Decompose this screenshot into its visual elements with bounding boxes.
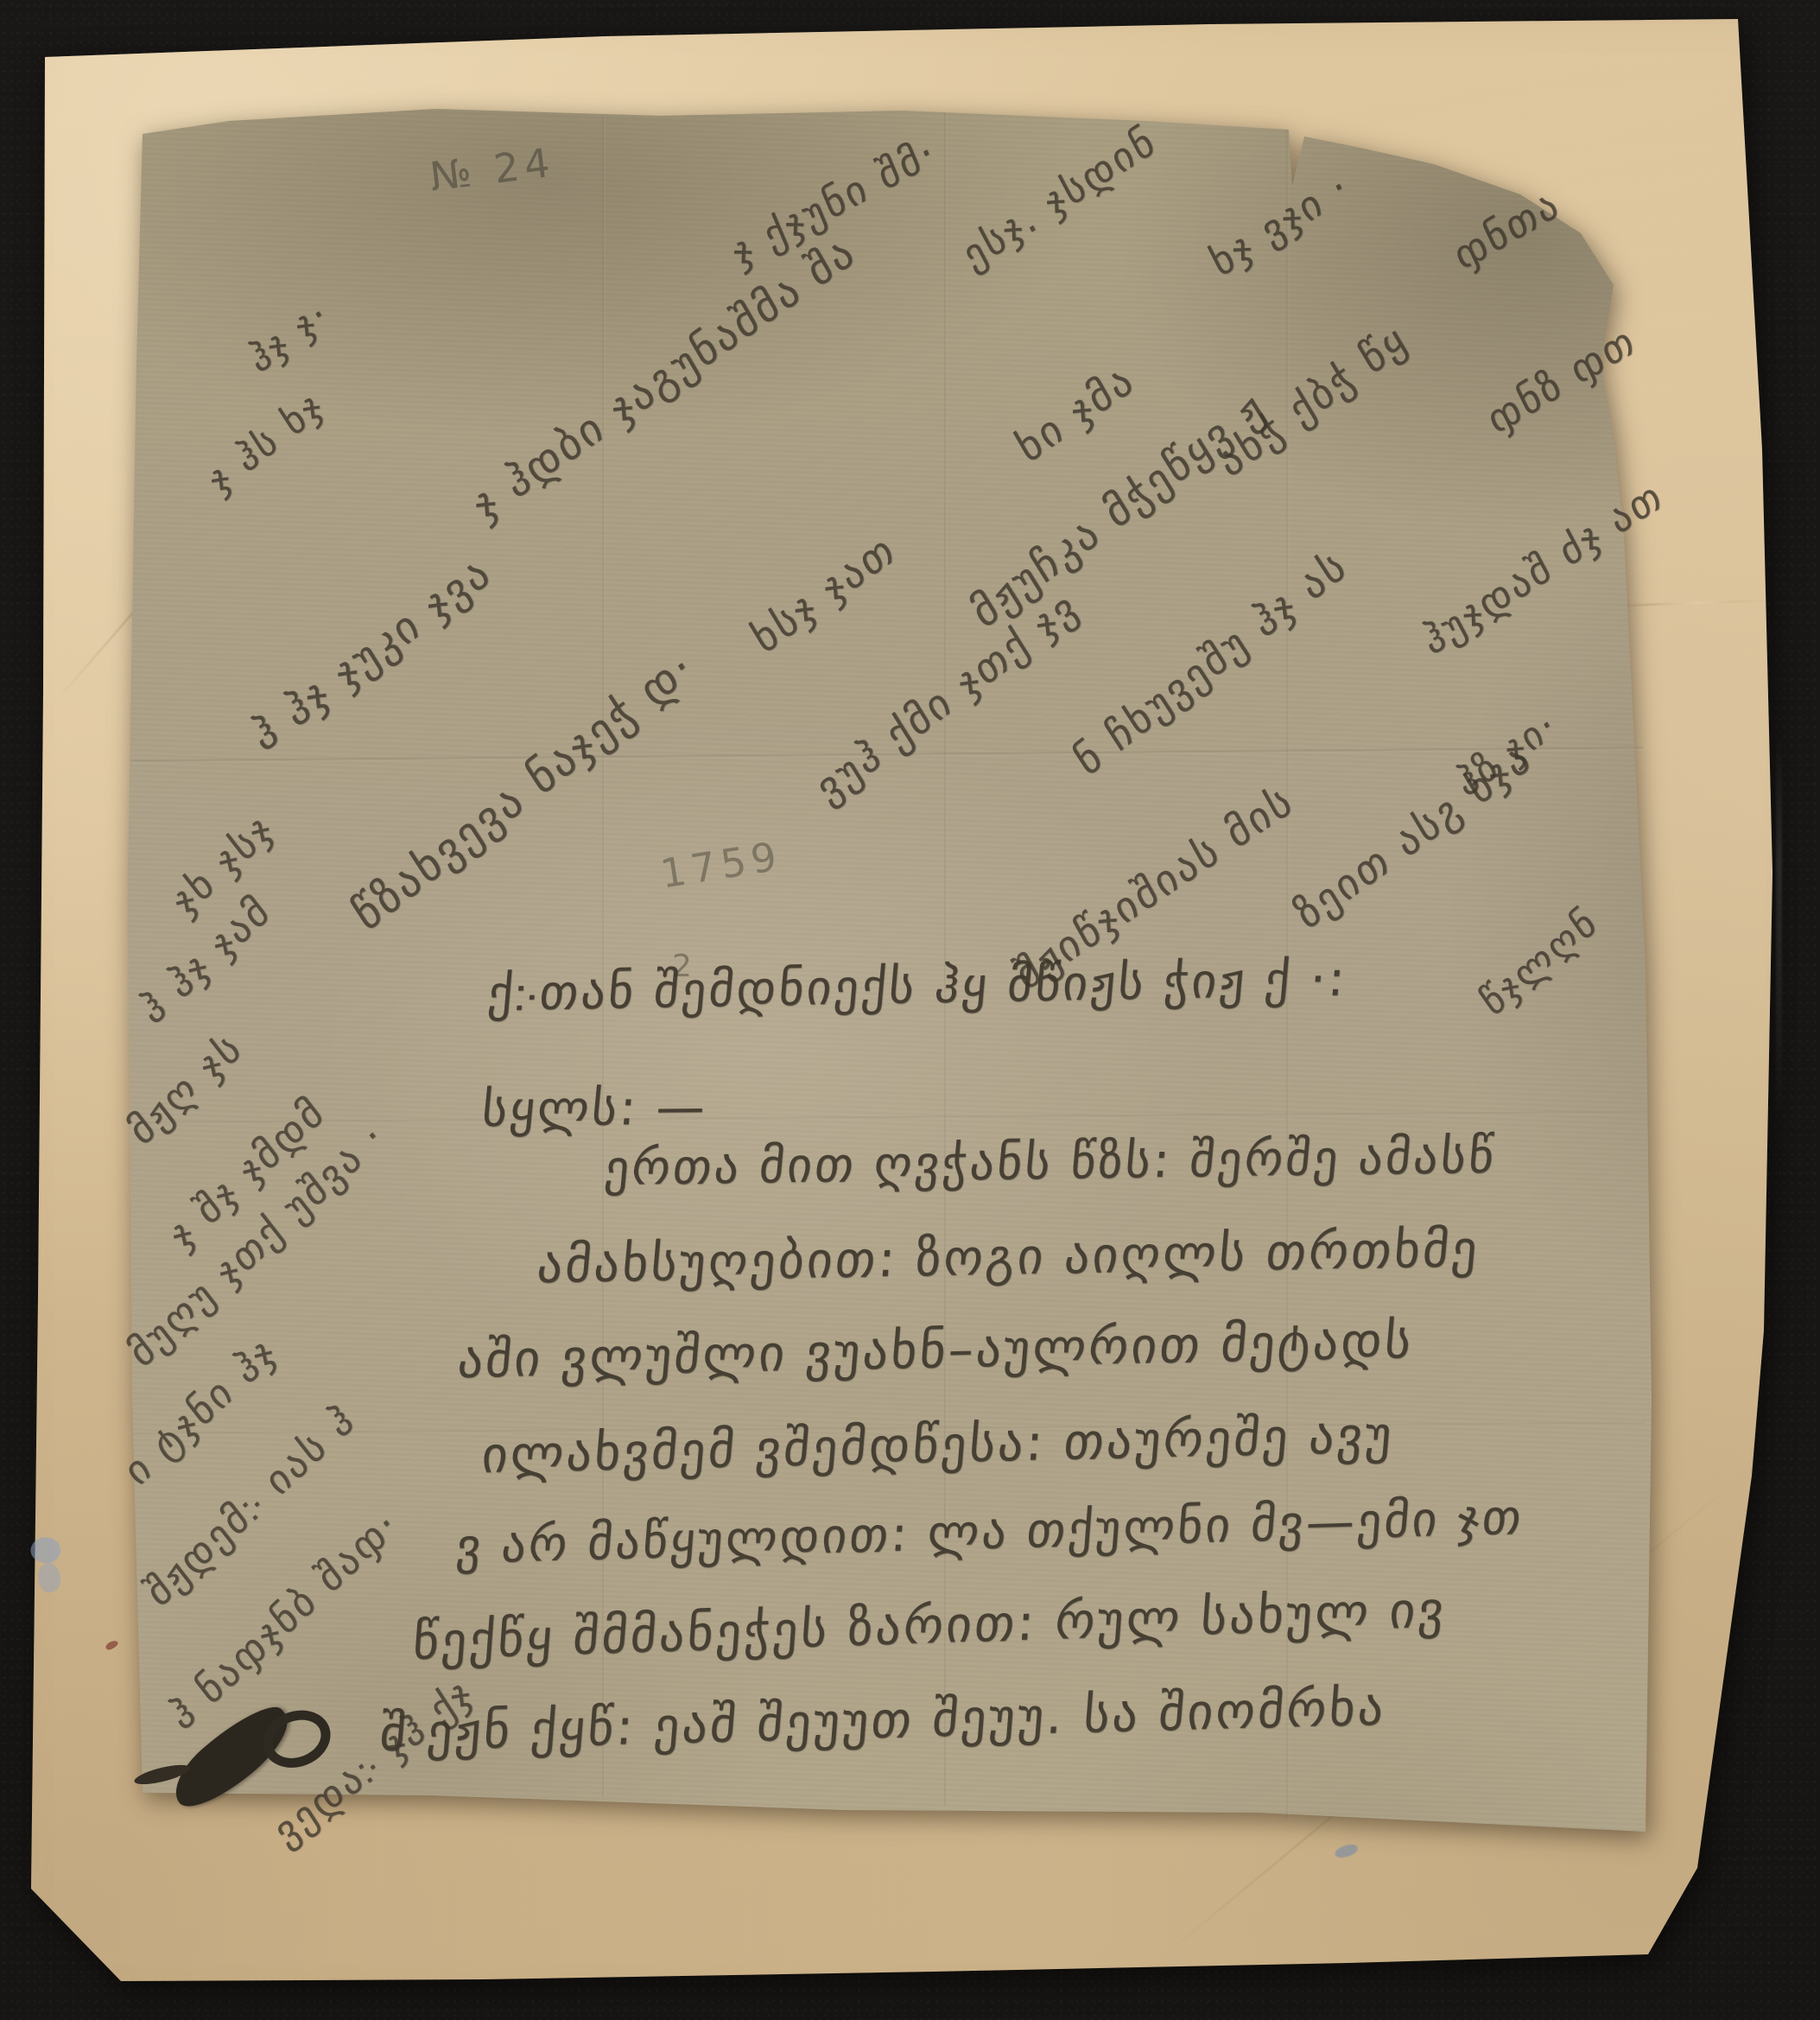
scan-page: № 24 1759 2 ჯ ქჯუნი შმ· ესჯ. ჯსდინ ხჯ ვჯ… xyxy=(0,0,1820,2020)
blue-ink-stain xyxy=(26,1534,76,1596)
header-line: სყლს: — xyxy=(479,1079,710,1138)
